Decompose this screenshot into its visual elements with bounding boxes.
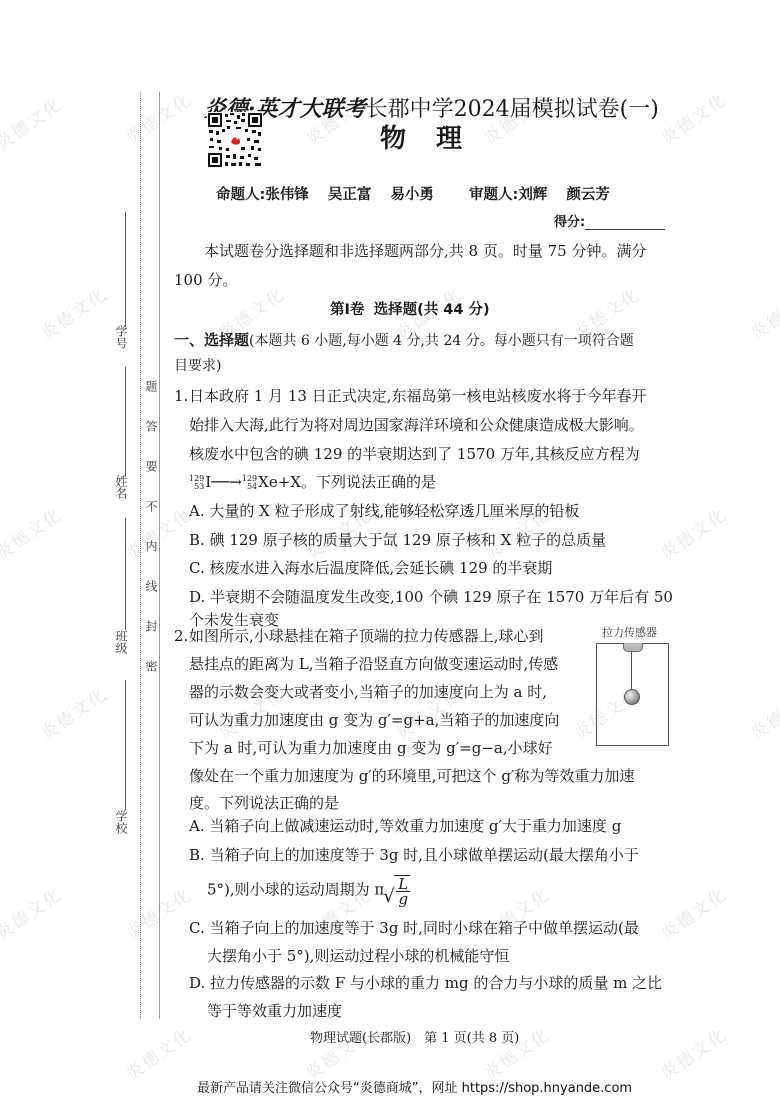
watermark: 炎德文化 [0, 880, 66, 944]
seal-dotted-line [140, 92, 141, 1019]
intro-line: 本试题卷分选择题和非选择题两部分,共 8 页。时量 75 分钟。满分 [204, 237, 646, 266]
option-a[interactable]: A. 大量的 X 粒子形成了射线,能够轻松穿透几厘米厚的铅板 [189, 497, 579, 526]
intro-line: 100 分。 [174, 266, 237, 295]
field-line-student-id[interactable] [125, 212, 126, 327]
setter-name: 吴正富 [328, 187, 372, 203]
option-label: A. [189, 817, 205, 835]
reviewer-name: 颜云芳 [566, 187, 610, 203]
reviewers-label-group: 审题人:刘辉 [469, 187, 561, 203]
page-border-line [159, 92, 160, 1019]
seal-char: 线 [143, 580, 160, 592]
question-line: 悬挂点的距离为 L,当箱子沿竖直方向做变速运动时,传感 [189, 650, 558, 679]
field-label-name: 姓名 [113, 475, 130, 499]
question-line: 器的示数会变大或者变小,当箱子的加速度向上为 a 时, [189, 678, 547, 707]
seal-char: 密 [143, 660, 160, 672]
watermark: 炎德文化 [35, 280, 112, 344]
qr-code-icon[interactable] [207, 112, 263, 168]
setters-label-group: 命题人:张伟锋 [216, 187, 323, 203]
option-text: 大量的 X 粒子形成了射线,能够轻松穿透几厘米厚的铅板 [209, 502, 579, 520]
watermark: 炎德文化 [655, 1020, 732, 1084]
reviewer-name: 刘辉 [518, 187, 547, 203]
subject-title: 物理 [380, 118, 492, 155]
field-line-class[interactable] [125, 518, 126, 630]
isotope-numbers: 12954 [242, 475, 257, 491]
charge-number: 53 [189, 483, 204, 491]
seal-char: 不 [143, 500, 160, 512]
option-c[interactable]: C. 核废水进入海水后温度降低,会延长碘 129 的半衰期 [189, 554, 552, 583]
watermark: 炎德文化 [0, 90, 66, 154]
watermark: 炎德文化 [655, 85, 732, 149]
watermark: 炎德文化 [745, 280, 780, 344]
part-heading: 一、选择题(本题共 6 小题,每小题 4 分,共 24 分。每小题只有一项符合题 [174, 326, 634, 356]
field-label-class: 班级 [113, 630, 130, 654]
nuclear-equation: 12953I──→12954Xe+X。下列说法正确的是 [189, 468, 436, 497]
option-label: C. [189, 919, 205, 937]
question-line: 下为 a 时,可认为重力加速度由 g 变为 g′=g−a,小球好 [189, 734, 553, 763]
denominator: g [396, 892, 410, 906]
watermark: 炎德文化 [745, 680, 780, 744]
option-label: D. [189, 974, 205, 992]
setter-name: 张伟锋 [265, 187, 309, 203]
sqrt-formula: Lg [394, 875, 410, 906]
watermark: 炎德文化 [120, 85, 197, 149]
page-footer: 物理试题(长郡版) 第 1 页(共 8 页) [310, 1027, 519, 1046]
option-b-cont: 5°),则小球的运动周期为 πLg [207, 875, 410, 906]
watermark: 炎德文化 [120, 1020, 197, 1084]
question-line: 日本政府 1 月 13 日正式决定,东福岛第一核电站核废水将于今年春开 [189, 382, 646, 411]
field-label-student-id: 学号 [113, 325, 130, 349]
reaction-arrow: ──→ [211, 473, 242, 491]
watermark: 炎德文化 [0, 500, 66, 564]
seal-char: 题 [143, 380, 160, 392]
force-sensor-icon [623, 643, 643, 652]
question-line: 像处在一个重力加速度为 g′的环境里,可把这个 g′称为等效重力加速 [189, 762, 634, 791]
watermark: 炎德文化 [655, 500, 732, 564]
option-c[interactable]: C. 当箱子向上的加速度等于 3g 时,同时小球在箱子中做单摆运动(最 [189, 914, 639, 943]
score-label: 得分: [554, 215, 585, 230]
score-input-line[interactable] [585, 215, 665, 230]
setters-label: 命题人: [216, 187, 265, 203]
authors-line: 命题人:张伟锋 吴正富 易小勇 审题人:刘辉 颜云芳 [216, 183, 624, 204]
field-line-school[interactable] [125, 680, 126, 810]
part-desc-cont: 目要求) [174, 352, 221, 381]
question-number: 1. [174, 382, 188, 411]
field-line-name[interactable] [125, 367, 126, 477]
question-line: 核废水中包含的碘 129 的半衰期达到了 1570 万年,其核反应方程为 [189, 440, 640, 469]
option-text: 拉力传感器的示数 F 与小球的重力 mg 的合力与小球的质量 m 之比 [210, 974, 662, 992]
promo-footer[interactable]: 最新产品请关注微信公众号“炎德商城”，网址 https://shop.hnyan… [197, 1077, 632, 1096]
option-text: 半衰期不会随温度发生改变,100 个碘 129 原子在 1570 万年后有 50 [210, 588, 673, 606]
figure-label: 拉力传感器 [602, 624, 657, 640]
option-text: 碘 129 原子核的质量大于氙 129 原子核和 X 粒子的总质量 [210, 531, 607, 549]
option-d[interactable]: D. 拉力传感器的示数 F 与小球的重力 mg 的合力与小球的质量 m 之比 [189, 969, 662, 998]
option-label: B. [189, 846, 205, 864]
option-text: 当箱子向上做减速运动时,等效重力加速度 g′大于重力加速度 g [209, 817, 621, 835]
reviewers-label: 审题人: [469, 187, 518, 203]
option-label: D. [189, 588, 205, 606]
setter-name: 易小勇 [390, 187, 434, 203]
pendulum-string [631, 651, 632, 691]
question-line: 始排入大海,此行为将对周边国家海洋环境和公众健康造成极大影响。 [189, 411, 644, 440]
option-text: 当箱子向上的加速度等于 3g 时,同时小球在箱子中做单摆运动(最 [210, 919, 639, 937]
option-a[interactable]: A. 当箱子向上做减速运动时,等效重力加速度 g′大于重力加速度 g [189, 812, 621, 841]
seal-char: 答 [143, 420, 160, 432]
section-heading: 第Ⅰ卷 选择题(共 44 分) [330, 298, 490, 319]
section-title: 第Ⅰ卷 [330, 302, 364, 318]
option-c-cont: 大摆角小于 5°),则运动过程小球的机械能守恒 [207, 942, 509, 971]
question-line: 可认为重力加速度由 g 变为 g′=g+a,当箱子的加速度向 [189, 706, 559, 735]
option-text: 核废水进入海水后温度降低,会延长碘 129 的半衰期 [210, 559, 553, 577]
option-label: C. [189, 559, 205, 577]
section-subtitle: 选择题(共 44 分) [374, 302, 490, 318]
question-number: 2. [174, 622, 188, 651]
fraction: Lg [396, 877, 410, 906]
pendulum-ball-icon [624, 689, 640, 705]
seal-char: 封 [143, 620, 160, 632]
question-line: 如图所示,小球悬挂在箱子顶端的拉力传感器上,球心到 [189, 622, 544, 651]
equation-rest: +X。下列说法正确的是 [278, 473, 436, 491]
option-text: 5°),则小球的运动周期为 π [207, 880, 384, 898]
watermark: 炎德文化 [120, 880, 197, 944]
option-b[interactable]: B. 碘 129 原子核的质量大于氙 129 原子核和 X 粒子的总质量 [189, 526, 606, 555]
option-label: B. [189, 531, 205, 549]
part-label: 一、选择题 [174, 331, 249, 349]
seal-char: 要 [143, 460, 160, 472]
element-symbol: Xe [258, 473, 278, 491]
watermark: 炎德文化 [35, 680, 112, 744]
watermark: 炎德文化 [655, 880, 732, 944]
option-b[interactable]: B. 当箱子向上的加速度等于 3g 时,且小球做单摆运动(最大摆角小于 [189, 841, 639, 870]
field-label-school: 学校 [113, 810, 130, 834]
option-text: 当箱子向上的加速度等于 3g 时,且小球做单摆运动(最大摆角小于 [210, 846, 639, 864]
part-desc: (本题共 6 小题,每小题 4 分,共 24 分。每小题只有一项符合题 [249, 333, 634, 349]
seal-char: 内 [143, 540, 160, 552]
charge-number: 54 [242, 483, 257, 491]
option-label: A. [189, 502, 205, 520]
option-d-cont: 等于等效重力加速度 [207, 997, 342, 1026]
isotope-numbers: 12953 [189, 475, 204, 491]
score-field: 得分: [554, 211, 665, 230]
